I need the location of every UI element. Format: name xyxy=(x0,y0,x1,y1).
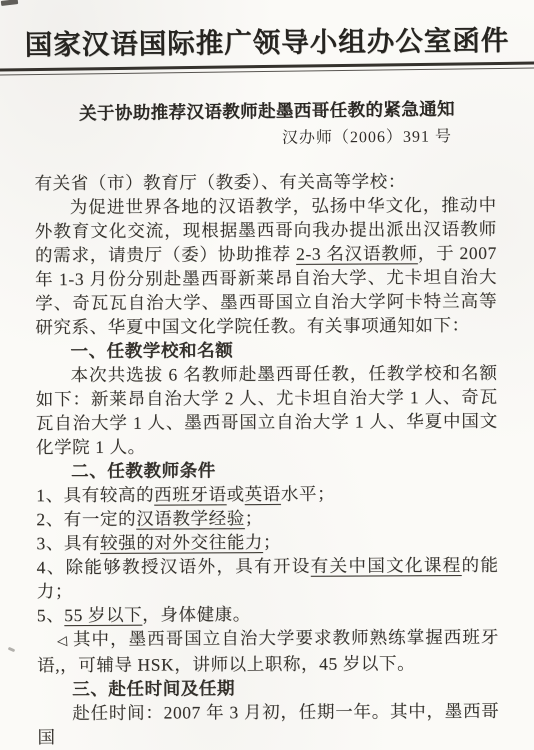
annotation-note: ◁其中，墨西哥国立自治大学要求教师熟练掌握西班牙语,，可辅导 HSK，讲师以上职… xyxy=(37,625,499,677)
text-run: 其中，墨西哥国立自治大学要求教师熟练掌握西班牙语,，可辅导 HSK，讲师以上职称… xyxy=(37,627,499,675)
text-run: 1、具有较高的 xyxy=(36,485,154,506)
triangle-annotation-mark: ◁ xyxy=(46,628,73,654)
text-run: 赴任时间：2007 年 3 月初，任期一年。其中，墨西哥国 xyxy=(37,701,499,747)
salutation: 有关省（市）教育厅（教委）、有关高等学校： xyxy=(34,169,496,195)
text-run: 5、 xyxy=(37,605,65,625)
text-run: 水平； xyxy=(281,484,335,504)
letterhead: 国家汉语国际推广领导小组办公室函件 xyxy=(0,0,534,72)
underlined-phrase: 有关中国文化课程 xyxy=(311,555,462,576)
scan-artifact-speck xyxy=(8,647,16,653)
condition-item-3: 3、具有较强的对外交往能力； xyxy=(36,529,498,555)
condition-item-4: 4、除能够教授汉语外，具有开设有关中国文化课程的能力； xyxy=(37,553,499,603)
section-1-heading: 一、任教学校和名额 xyxy=(35,337,497,363)
section-3-heading: 三、赴任时间及任期 xyxy=(37,675,499,701)
document-number: 汉办师（2006）391 号 xyxy=(0,123,534,151)
section-1-paragraph: 本次共选拔 6 名教师赴墨西哥任教，任教学校和名额如下：新莱昂自治大学 2 人、… xyxy=(35,361,497,459)
text-run: 4、除能够教授汉语外，具有开设 xyxy=(37,556,311,577)
underlined-phrase: 英语 xyxy=(245,484,281,504)
text-run: 2、有一定的 xyxy=(36,509,136,530)
section-2-heading: 二、任教教师条件 xyxy=(36,457,498,483)
underlined-phrase: 汉语教学经验 xyxy=(136,508,245,529)
annotation-note-text: 其中，墨西哥国立自治大学要求教师熟练掌握西班牙语,，可辅导 HSK，讲师以上职称… xyxy=(37,627,499,675)
assignment-time-paragraph: 赴任时间：2007 年 3 月初，任期一年。其中，墨西哥国 xyxy=(37,699,499,749)
text-run: 或 xyxy=(226,484,244,504)
text-run: 本次共选拔 6 名教师赴墨西哥任教，任教学校和名额如下：新莱昂自治大学 2 人、… xyxy=(36,363,498,457)
text-run: ； xyxy=(245,508,263,528)
intro-paragraph: 为促进世界各地的汉语教学，弘扬中华文化，推动中外教育文化交流，现根据墨西哥向我办… xyxy=(35,193,498,339)
underlined-phrase: 较强的对外交往能力 xyxy=(100,532,263,553)
underlined-phrase: 西班牙语 xyxy=(154,484,227,504)
condition-item-1: 1、具有较高的西班牙语或英语水平； xyxy=(36,481,498,507)
notice-title: 关于协助推荐汉语教师赴墨西哥任教的紧急通知 xyxy=(0,95,534,127)
text-run: ，身体健康。 xyxy=(142,604,251,625)
letterhead-title: 国家汉语国际推广领导小组办公室函件 xyxy=(0,17,534,62)
condition-item-5: 5、55 岁以下，身体健康。 xyxy=(37,601,499,627)
condition-item-2: 2、有一定的汉语教学经验； xyxy=(36,505,498,531)
notice-body: 有关省（市）教育厅（教委）、有关高等学校： 为促进世界各地的汉语教学，弘扬中华文… xyxy=(34,169,499,749)
scanned-notice-page: 国家汉语国际推广领导小组办公室函件 关于协助推荐汉语教师赴墨西哥任教的紧急通知 … xyxy=(0,0,534,750)
underlined-phrase: 2-3 名汉语教师 xyxy=(296,243,418,264)
letterhead-double-rule xyxy=(0,61,534,75)
underlined-phrase: 55 岁以下 xyxy=(64,605,142,625)
text-run: ； xyxy=(263,532,281,552)
text-run: 3、具有 xyxy=(36,533,100,553)
